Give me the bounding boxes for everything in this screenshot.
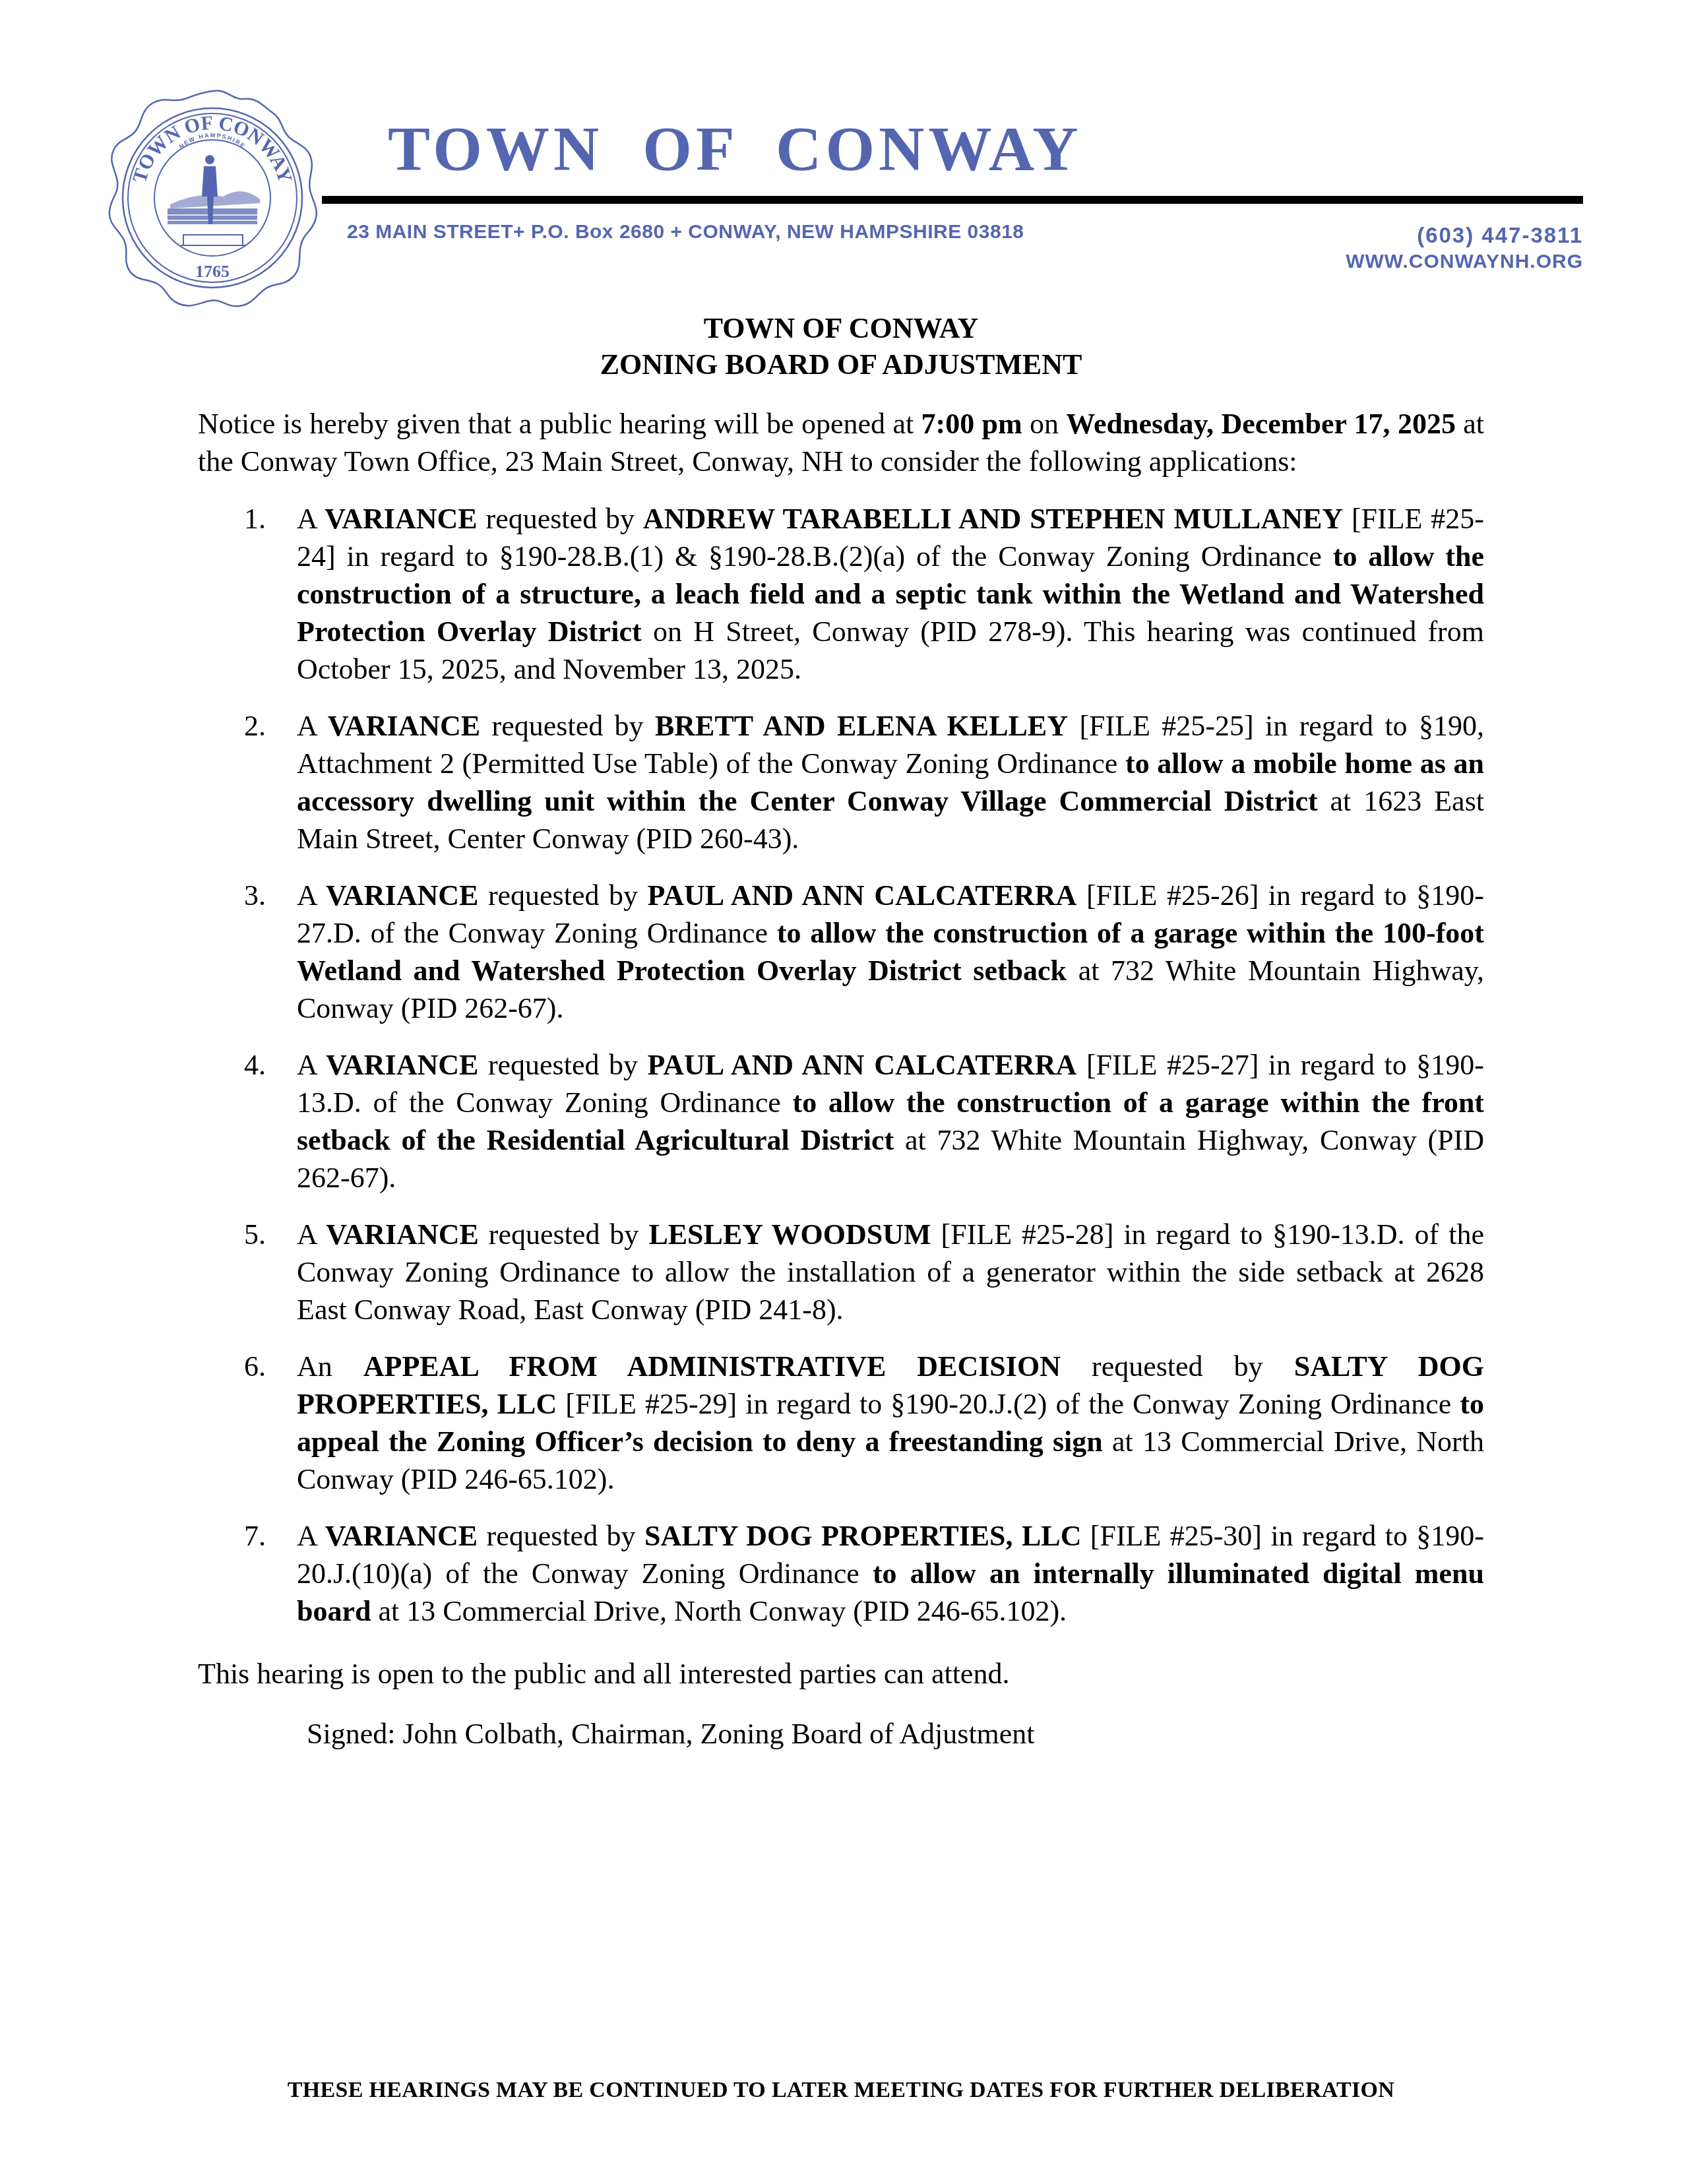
heading-line-1: TOWN OF CONWAY xyxy=(198,310,1484,346)
item-text: A xyxy=(297,1520,325,1552)
document-page: TOWN OF CONWAY NEW HAMPSHIRE 1765 TOWN O… xyxy=(0,0,1682,2184)
closing-statement: This hearing is open to the public and a… xyxy=(198,1655,1484,1693)
item-bold-text: APPEAL FROM ADMINISTRATIVE DECISION xyxy=(363,1350,1061,1383)
item-bold-text: SALTY DOG PROPERTIES, LLC xyxy=(644,1520,1082,1552)
item-number: 2. xyxy=(244,707,266,745)
item-number: 4. xyxy=(244,1046,266,1084)
item-text: at 13 Commercial Drive, North Conway (PI… xyxy=(371,1595,1067,1627)
item-bold-text: VARIANCE xyxy=(325,1520,478,1552)
item-text: A xyxy=(297,710,328,742)
item-text: An xyxy=(297,1350,363,1383)
item-bold-text: LESLEY WOODSUM xyxy=(648,1218,931,1251)
item-bold-text: PAUL AND ANN CALCATERRA xyxy=(648,879,1077,912)
letterhead-phone: (603) 447-3811 xyxy=(1417,223,1583,248)
item-bold-text: VARIANCE xyxy=(328,710,480,742)
item-number: 6. xyxy=(244,1348,266,1385)
item-number: 5. xyxy=(244,1216,266,1253)
intro-paragraph: Notice is hereby given that a public hea… xyxy=(198,405,1484,480)
item-text: requested by xyxy=(478,1049,647,1081)
application-item: 6.An APPEAL FROM ADMINISTRATIVE DECISION… xyxy=(198,1348,1484,1498)
application-item: 7.A VARIANCE requested by SALTY DOG PROP… xyxy=(198,1517,1484,1630)
heading-line-2: ZONING BOARD OF ADJUSTMENT xyxy=(198,346,1484,383)
svg-text:1765: 1765 xyxy=(195,262,230,281)
item-text: A xyxy=(297,1218,326,1251)
item-text: requested by xyxy=(478,1520,644,1552)
item-text: requested by xyxy=(479,1218,649,1251)
item-text: A xyxy=(297,879,326,912)
item-bold-text: VARIANCE xyxy=(325,503,477,535)
item-text: A xyxy=(297,503,325,535)
item-bold-text: BRETT AND ELENA KELLEY xyxy=(655,710,1068,742)
signature-line: Signed: John Colbath, Chairman, Zoning B… xyxy=(198,1715,1484,1753)
item-number: 3. xyxy=(244,877,266,914)
letterhead-divider xyxy=(322,196,1583,204)
footer-notice: THESE HEARINGS MAY BE CONTINUED TO LATER… xyxy=(0,2078,1682,2103)
letterhead-address: 23 MAIN STREET+ P.O. Box 2680 + CONWAY, … xyxy=(347,221,1024,243)
notice-body: TOWN OF CONWAY ZONING BOARD OF ADJUSTMEN… xyxy=(198,310,1484,1753)
item-text: requested by xyxy=(478,503,643,535)
application-item: 1.A VARIANCE requested by ANDREW TARABEL… xyxy=(198,500,1484,688)
item-text: requested by xyxy=(480,710,655,742)
item-bold-text: PAUL AND ANN CALCATERRA xyxy=(648,1049,1077,1081)
item-number: 7. xyxy=(244,1517,266,1555)
application-item: 3.A VARIANCE requested by PAUL AND ANN C… xyxy=(198,877,1484,1027)
item-text: A xyxy=(297,1049,326,1081)
town-seal-icon: TOWN OF CONWAY NEW HAMPSHIRE 1765 xyxy=(104,86,322,310)
item-text: requested by xyxy=(1061,1350,1294,1383)
item-bold-text: ANDREW TARABELLI AND STEPHEN MULLANEY xyxy=(643,503,1343,535)
item-text: [FILE #25-29] in regard to §190-20.J.(2)… xyxy=(557,1388,1460,1420)
application-list: 1.A VARIANCE requested by ANDREW TARABEL… xyxy=(198,500,1484,1630)
application-item: 4.A VARIANCE requested by PAUL AND ANN C… xyxy=(198,1046,1484,1197)
item-bold-text: VARIANCE xyxy=(326,1218,478,1251)
hearing-date: Wednesday, December 17, 2025 xyxy=(1066,408,1456,440)
application-item: 5.A VARIANCE requested by LESLEY WOODSUM… xyxy=(198,1216,1484,1328)
item-number: 1. xyxy=(244,500,266,538)
item-bold-text: VARIANCE xyxy=(326,879,478,912)
application-item: 2.A VARIANCE requested by BRETT AND ELEN… xyxy=(198,707,1484,858)
notice-heading: TOWN OF CONWAY ZONING BOARD OF ADJUSTMEN… xyxy=(198,310,1484,383)
letterhead-website[interactable]: WWW.CONWAYNH.ORG xyxy=(1346,251,1583,273)
hearing-time: 7:00 pm xyxy=(921,408,1022,440)
item-text: requested by xyxy=(478,879,647,912)
item-bold-text: VARIANCE xyxy=(326,1049,478,1081)
letterhead-title: TOWN OF CONWAY xyxy=(388,117,1082,181)
